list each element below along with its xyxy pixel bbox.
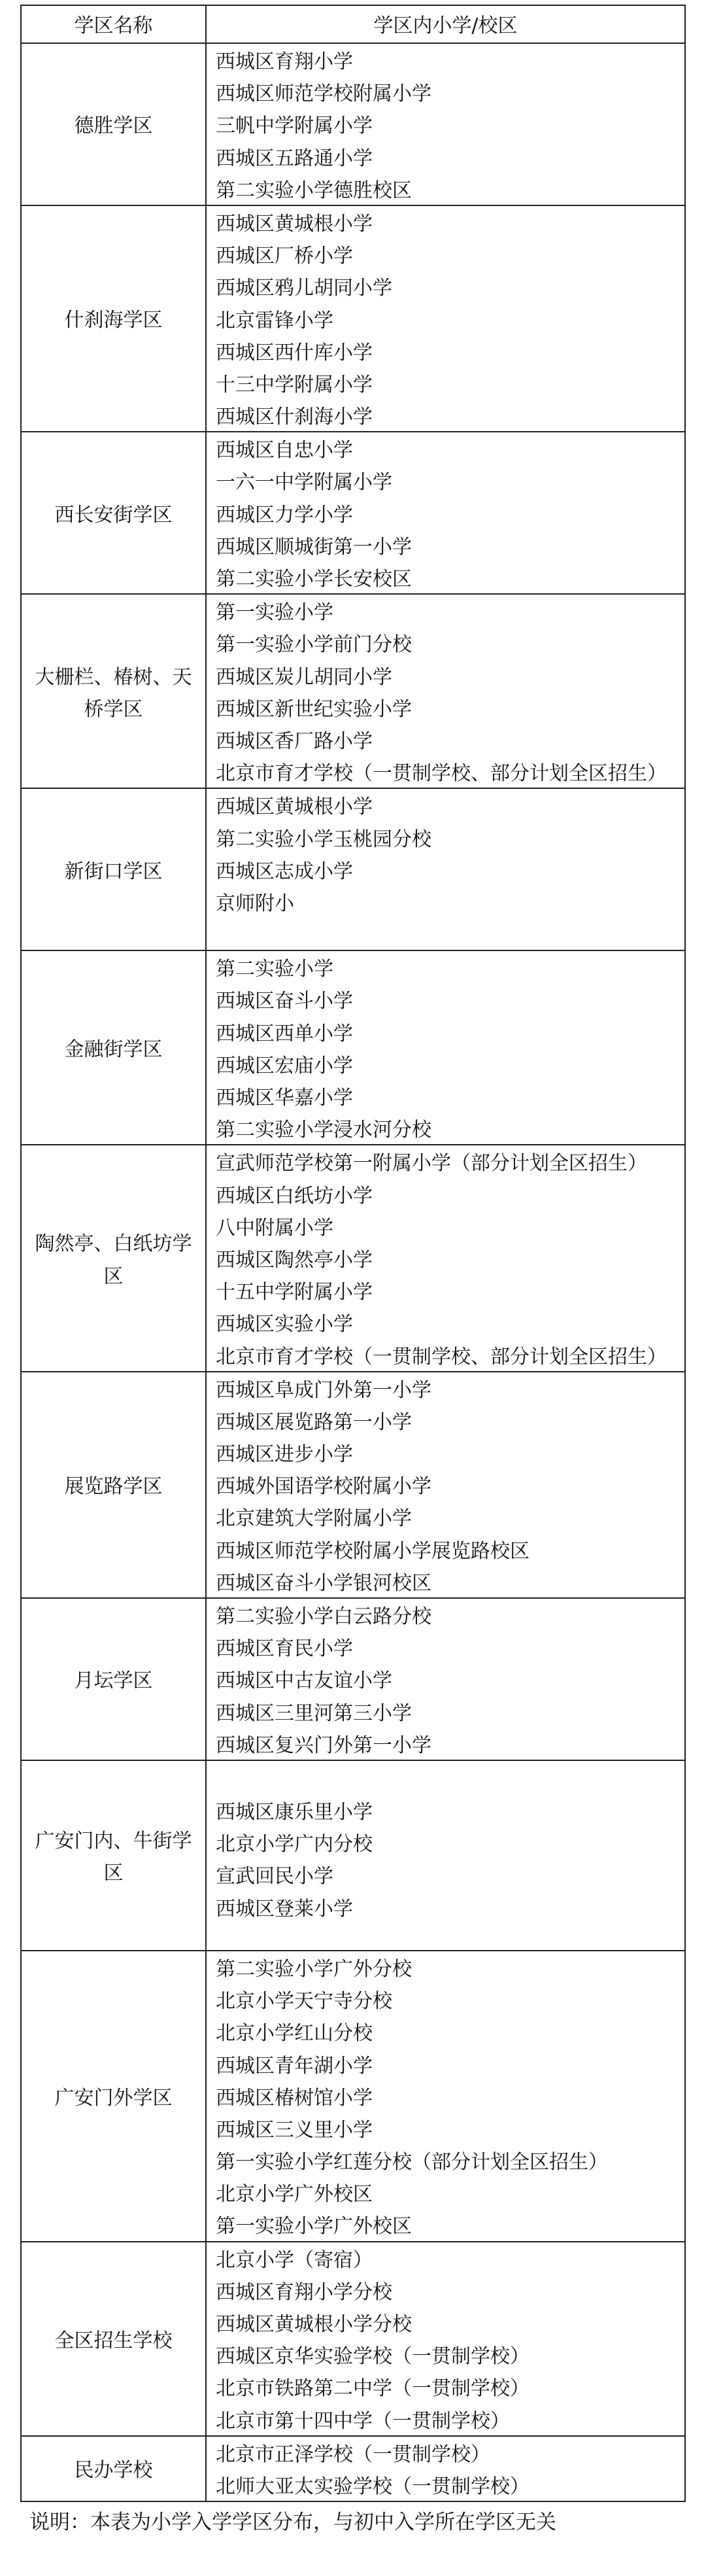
- school-item: 西城区育翔小学分校: [216, 2276, 684, 2308]
- school-item: 第二实验小学玉桃园分校: [216, 824, 684, 856]
- school-item: 北京小学天宁寺分校: [216, 1985, 684, 2017]
- district-row: 民办学校 北京市正泽学校（一贯制学校） 北师大亚太实验学校（一贯制学校）: [22, 2435, 684, 2501]
- school-item: 西城区师范学校附属小学展览路校区: [216, 1535, 684, 1567]
- district-name-cell: 陶然亭、白纸坊学区: [22, 1145, 207, 1370]
- school-item: 西城区宏庙小学: [216, 1050, 684, 1082]
- school-item: 北京小学红山分校: [216, 2017, 684, 2049]
- school-list: 宣武师范学校第一附属小学（部分计划全区招生） 西城区白纸坊小学 八中附属小学 西…: [207, 1145, 684, 1370]
- school-item: 西城区师范学校附属小学: [216, 78, 684, 110]
- district-name: 大栅栏、椿树、天桥学区: [32, 661, 195, 725]
- school-item: 西城外国语学校附属小学: [216, 1471, 684, 1503]
- header-schools-label: 学区内小学/校区: [373, 10, 517, 42]
- school-item: 西城区实验小学: [216, 1308, 684, 1340]
- school-item: 北京市铁路第二中学（一贯制学校）: [216, 2373, 684, 2405]
- school-list: 西城区自忠小学 一六一中学附属小学 西城区力学小学 西城区顺城街第一小学 第二实…: [207, 432, 684, 593]
- district-name-cell: 月坛学区: [22, 1599, 207, 1760]
- school-list: 西城区康乐里小学 北京小学广内分校 宣武回民小学 西城区登莱小学: [207, 1761, 684, 1950]
- school-list: 第一实验小学 第一实验小学前门分校 西城区炭儿胡同小学 西城区新世纪实验小学 西…: [207, 595, 684, 788]
- school-item: 西城区康乐里小学: [216, 1796, 684, 1828]
- school-item: 西城区新世纪实验小学: [216, 693, 684, 725]
- school-item: 西城区顺城街第一小学: [216, 531, 684, 563]
- district-name: 金融街学区: [65, 1034, 163, 1066]
- school-item: 西城区鸦儿胡同小学: [216, 272, 684, 304]
- school-item: 第一实验小学: [216, 597, 684, 629]
- school-item: 北京市育才学校（一贯制学校、部分计划全区招生）: [216, 757, 684, 790]
- school-item: 西城区进步小学: [216, 1438, 684, 1471]
- school-item: 北京小学广内分校: [216, 1828, 684, 1860]
- school-item: 西城区志成小学: [216, 856, 684, 888]
- school-item: 西城区陶然亭小学: [216, 1244, 684, 1276]
- school-list: 北京市正泽学校（一贯制学校） 北师大亚太实验学校（一贯制学校）: [207, 2437, 684, 2501]
- table-header-row: 学区名称 学区内小学/校区: [22, 6, 684, 43]
- district-name-cell: 西长安街学区: [22, 432, 207, 593]
- school-item: 西城区华嘉小学: [216, 1082, 684, 1114]
- school-item: 西城区黄城根小学: [216, 791, 684, 823]
- district-name: 全区招生学校: [55, 2325, 173, 2357]
- school-list: 西城区黄城根小学 第二实验小学玉桃园分校 西城区志成小学 京师附小: [207, 789, 684, 950]
- school-item: 三帆中学附属小学: [216, 110, 684, 142]
- school-item: 西城区西单小学: [216, 1018, 684, 1050]
- header-district-name: 学区名称: [22, 6, 207, 43]
- school-item: 宣武回民小学: [216, 1860, 684, 1892]
- district-row: 广安门内、牛街学区 西城区康乐里小学 北京小学广内分校 宣武回民小学 西城区登莱…: [22, 1760, 684, 1950]
- district-row: 金融街学区 第二实验小学 西城区奋斗小学 西城区西单小学 西城区宏庙小学 西城区…: [22, 950, 684, 1144]
- district-row: 什刹海学区 西城区黄城根小学 西城区厂桥小学 西城区鸦儿胡同小学 北京雷锋小学 …: [22, 205, 684, 431]
- school-item: 西城区登莱小学: [216, 1893, 684, 1925]
- school-item: 西城区青年湖小学: [216, 2050, 684, 2082]
- district-name: 广安门内、牛街学区: [32, 1825, 195, 1889]
- school-item: 西城区复兴门外第一小学: [216, 1730, 684, 1762]
- header-schools: 学区内小学/校区: [207, 6, 684, 43]
- school-item: 十五中学附属小学: [216, 1276, 684, 1308]
- school-list: 西城区黄城根小学 西城区厂桥小学 西城区鸦儿胡同小学 北京雷锋小学 西城区西什库…: [207, 206, 684, 431]
- school-item: 西城区什刹海小学: [216, 401, 684, 433]
- district-name: 德胜学区: [75, 110, 153, 142]
- school-list: 北京小学（寄宿） 西城区育翔小学分校 西城区黄城根小学分校 西城区京华实验学校（…: [207, 2242, 684, 2435]
- school-item: 西城区黄城根小学分校: [216, 2308, 684, 2341]
- school-item: 西城区奋斗小学银河校区: [216, 1567, 684, 1599]
- school-item: 京师附小: [216, 888, 684, 920]
- district-row: 展览路学区 西城区阜成门外第一小学 西城区展览路第一小学 西城区进步小学 西城外…: [22, 1371, 684, 1597]
- district-name-cell: 什刹海学区: [22, 206, 207, 431]
- school-item: 第二实验小学: [216, 953, 684, 985]
- school-list: 第二实验小学白云路分校 西城区育民小学 西城区中古友谊小学 西城区三里河第三小学…: [207, 1599, 684, 1760]
- school-item: 八中附属小学: [216, 1212, 684, 1244]
- school-item: 西城区京华实验学校（一贯制学校）: [216, 2341, 684, 2373]
- district-row: 陶然亭、白纸坊学区 宣武师范学校第一附属小学（部分计划全区招生） 西城区白纸坊小…: [22, 1144, 684, 1370]
- school-item: 第二实验小学德胜校区: [216, 175, 684, 207]
- school-item: 一六一中学附属小学: [216, 466, 684, 498]
- district-row: 月坛学区 第二实验小学白云路分校 西城区育民小学 西城区中古友谊小学 西城区三里…: [22, 1597, 684, 1760]
- school-item: 西城区三里河第三小学: [216, 1697, 684, 1730]
- school-list: 西城区育翔小学 西城区师范学校附属小学 三帆中学附属小学 西城区五路通小学 第二…: [207, 44, 684, 205]
- school-item: 北京市第十四中学（一贯制学校）: [216, 2405, 684, 2437]
- school-item: 十三中学附属小学: [216, 369, 684, 401]
- district-name-cell: 新街口学区: [22, 789, 207, 950]
- district-name-cell: 大栅栏、椿树、天桥学区: [22, 595, 207, 788]
- school-item: 西城区黄城根小学: [216, 208, 684, 240]
- school-item: 北京市育才学校（一贯制学校、部分计划全区招生）: [216, 1341, 684, 1373]
- school-list: 第二实验小学 西城区奋斗小学 西城区西单小学 西城区宏庙小学 西城区华嘉小学 第…: [207, 951, 684, 1144]
- district-row: 德胜学区 西城区育翔小学 西城区师范学校附属小学 三帆中学附属小学 西城区五路通…: [22, 43, 684, 205]
- district-name-cell: 全区招生学校: [22, 2242, 207, 2435]
- school-list: 第二实验小学广外分校 北京小学天宁寺分校 北京小学红山分校 西城区青年湖小学 西…: [207, 1951, 684, 2241]
- school-item: 北京小学广外校区: [216, 2178, 684, 2210]
- school-item: 西城区中古友谊小学: [216, 1665, 684, 1697]
- school-district-table: 学区名称 学区内小学/校区 德胜学区 西城区育翔小学 西城区师范学校附属小学 三…: [20, 5, 686, 2502]
- district-row: 西长安街学区 西城区自忠小学 一六一中学附属小学 西城区力学小学 西城区顺城街第…: [22, 431, 684, 593]
- school-item: 西城区香厂路小学: [216, 725, 684, 757]
- school-item: 西城区奋斗小学: [216, 985, 684, 1017]
- district-name: 西长安街学区: [55, 499, 173, 531]
- district-row: 广安门外学区 第二实验小学广外分校 北京小学天宁寺分校 北京小学红山分校 西城区…: [22, 1950, 684, 2241]
- school-item: 北师大亚太实验学校（一贯制学校）: [216, 2471, 684, 2503]
- district-name-cell: 广安门内、牛街学区: [22, 1761, 207, 1950]
- footer-note: 说明：本表为小学入学学区分布，与初中入学所在学区无关: [29, 2509, 556, 2535]
- school-item: 西城区力学小学: [216, 499, 684, 531]
- school-item: 西城区椿树馆小学: [216, 2082, 684, 2114]
- district-name-cell: 广安门外学区: [22, 1951, 207, 2241]
- school-item: 西城区育民小学: [216, 1633, 684, 1665]
- school-item: 西城区育翔小学: [216, 46, 684, 78]
- school-item: 第一实验小学广外校区: [216, 2210, 684, 2242]
- district-name: 民办学校: [75, 2454, 153, 2486]
- header-district-label: 学区名称: [75, 10, 153, 42]
- school-item: 北京小学（寄宿）: [216, 2244, 684, 2276]
- district-row: 大栅栏、椿树、天桥学区 第一实验小学 第一实验小学前门分校 西城区炭儿胡同小学 …: [22, 593, 684, 788]
- district-name-cell: 展览路学区: [22, 1372, 207, 1597]
- school-item: 西城区阜成门外第一小学: [216, 1374, 684, 1406]
- school-item: 北京建筑大学附属小学: [216, 1503, 684, 1535]
- school-item: 第二实验小学浸水河分校: [216, 1114, 684, 1146]
- school-item: 西城区三义里小学: [216, 2114, 684, 2146]
- district-name: 展览路学区: [65, 1471, 163, 1503]
- school-item: 西城区展览路第一小学: [216, 1406, 684, 1438]
- school-item: 宣武师范学校第一附属小学（部分计划全区招生）: [216, 1147, 684, 1179]
- school-item: 西城区自忠小学: [216, 434, 684, 466]
- school-item: 西城区白纸坊小学: [216, 1180, 684, 1212]
- school-item: 西城区五路通小学: [216, 143, 684, 175]
- district-row: 新街口学区 西城区黄城根小学 第二实验小学玉桃园分校 西城区志成小学 京师附小: [22, 788, 684, 950]
- district-name-cell: 民办学校: [22, 2437, 207, 2501]
- school-item: 西城区西什库小学: [216, 337, 684, 369]
- district-name: 陶然亭、白纸坊学区: [32, 1228, 195, 1292]
- school-item: 北京雷锋小学: [216, 305, 684, 337]
- district-row: 全区招生学校 北京小学（寄宿） 西城区育翔小学分校 西城区黄城根小学分校 西城区…: [22, 2241, 684, 2435]
- district-name-cell: 金融街学区: [22, 951, 207, 1144]
- school-item: 第二实验小学白云路分校: [216, 1601, 684, 1633]
- district-name: 月坛学区: [75, 1665, 153, 1697]
- school-item: 第二实验小学长安校区: [216, 563, 684, 595]
- school-item: 第一实验小学前门分校: [216, 629, 684, 661]
- school-item: 第二实验小学广外分校: [216, 1953, 684, 1985]
- district-name-cell: 德胜学区: [22, 44, 207, 205]
- school-item: 西城区炭儿胡同小学: [216, 661, 684, 693]
- school-item: 西城区厂桥小学: [216, 240, 684, 272]
- school-item: 北京市正泽学校（一贯制学校）: [216, 2439, 684, 2471]
- school-list: 西城区阜成门外第一小学 西城区展览路第一小学 西城区进步小学 西城外国语学校附属…: [207, 1372, 684, 1597]
- district-name: 新街口学区: [65, 856, 163, 888]
- district-name: 什刹海学区: [65, 304, 163, 336]
- school-item: 第一实验小学红莲分校（部分计划全区招生）: [216, 2146, 684, 2178]
- district-name: 广安门外学区: [55, 2082, 173, 2114]
